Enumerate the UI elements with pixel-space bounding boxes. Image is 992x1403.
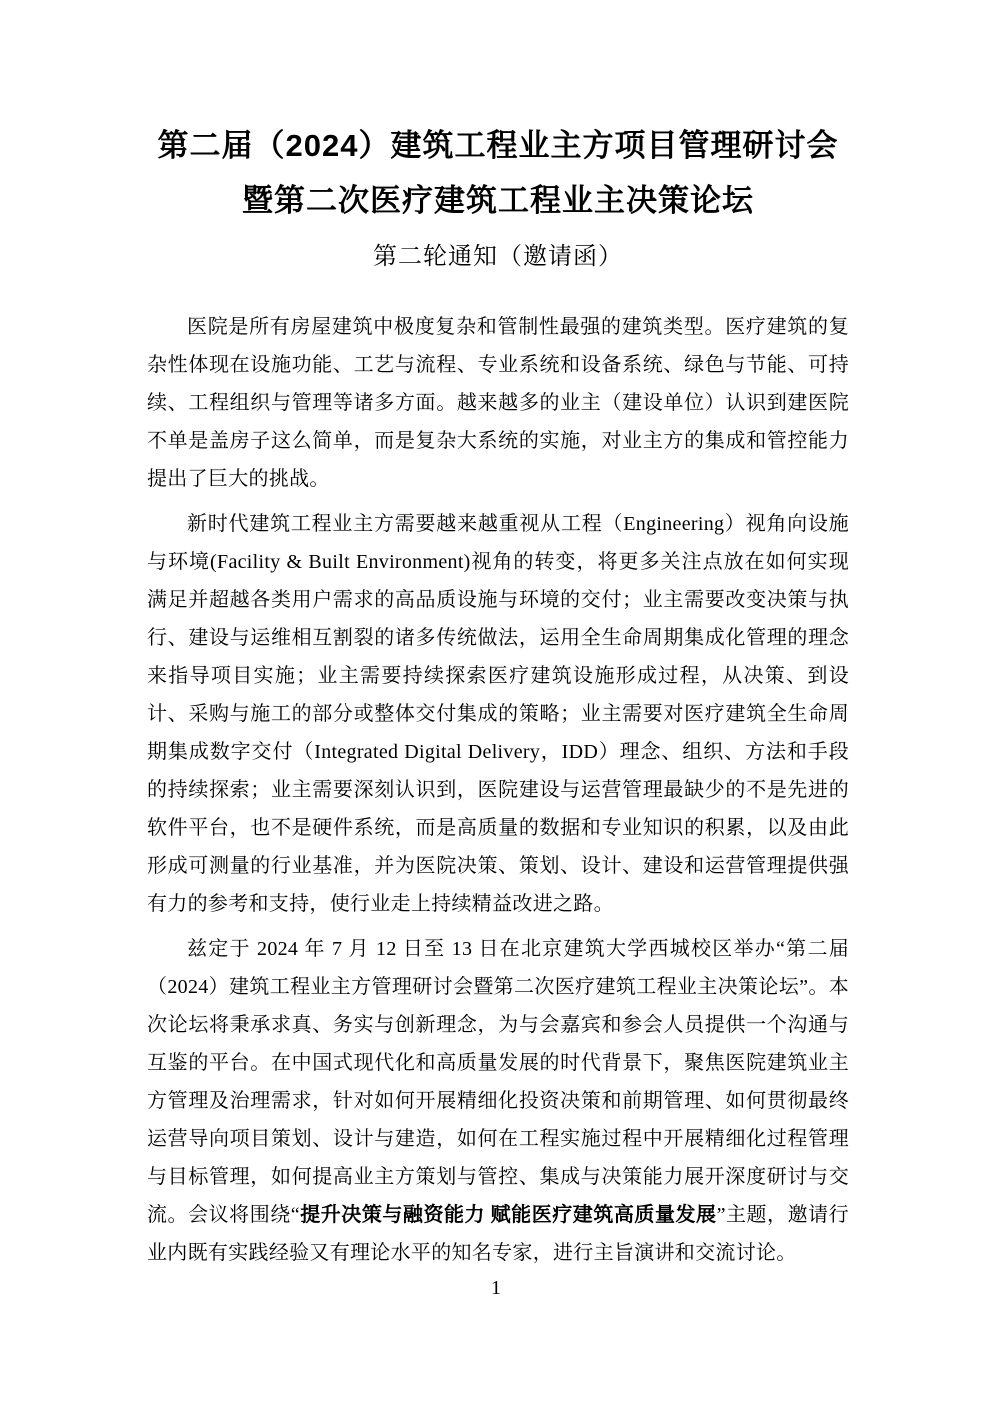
- document-body: 医院是所有房屋建筑中极度复杂和管制性最强的建筑类型。医疗建筑的复杂性体现在设施功…: [147, 308, 849, 1272]
- paragraph-hospital-complexity: 医院是所有房屋建筑中极度复杂和管制性最强的建筑类型。医疗建筑的复杂性体现在设施功…: [147, 308, 849, 498]
- title-line-1: 第二届（2024）建筑工程业主方项目管理研讨会: [147, 118, 849, 173]
- page-number: 1: [0, 1276, 992, 1300]
- paragraph-event-announcement: 兹定于 2024 年 7 月 12 日至 13 日在北京建筑大学西城校区举办“第…: [147, 930, 849, 1272]
- document-page: 第二届（2024）建筑工程业主方项目管理研讨会 暨第二次医疗建筑工程业主决策论坛…: [0, 0, 992, 1403]
- title-line-2: 暨第二次医疗建筑工程业主决策论坛: [147, 173, 849, 228]
- paragraph-owner-transformation: 新时代建筑工程业主方需要越来越重视从工程（Engineering）视角向设施与环…: [147, 505, 849, 923]
- document-title: 第二届（2024）建筑工程业主方项目管理研讨会 暨第二次医疗建筑工程业主决策论坛: [147, 118, 849, 228]
- event-announcement-text-before-theme: 兹定于 2024 年 7 月 12 日至 13 日在北京建筑大学西城校区举办“第…: [147, 938, 849, 1226]
- document-subtitle: 第二轮通知（邀请函）: [147, 242, 849, 272]
- conference-theme-highlight: 提升决策与融资能力 赋能医疗建筑高质量发展: [300, 1204, 717, 1226]
